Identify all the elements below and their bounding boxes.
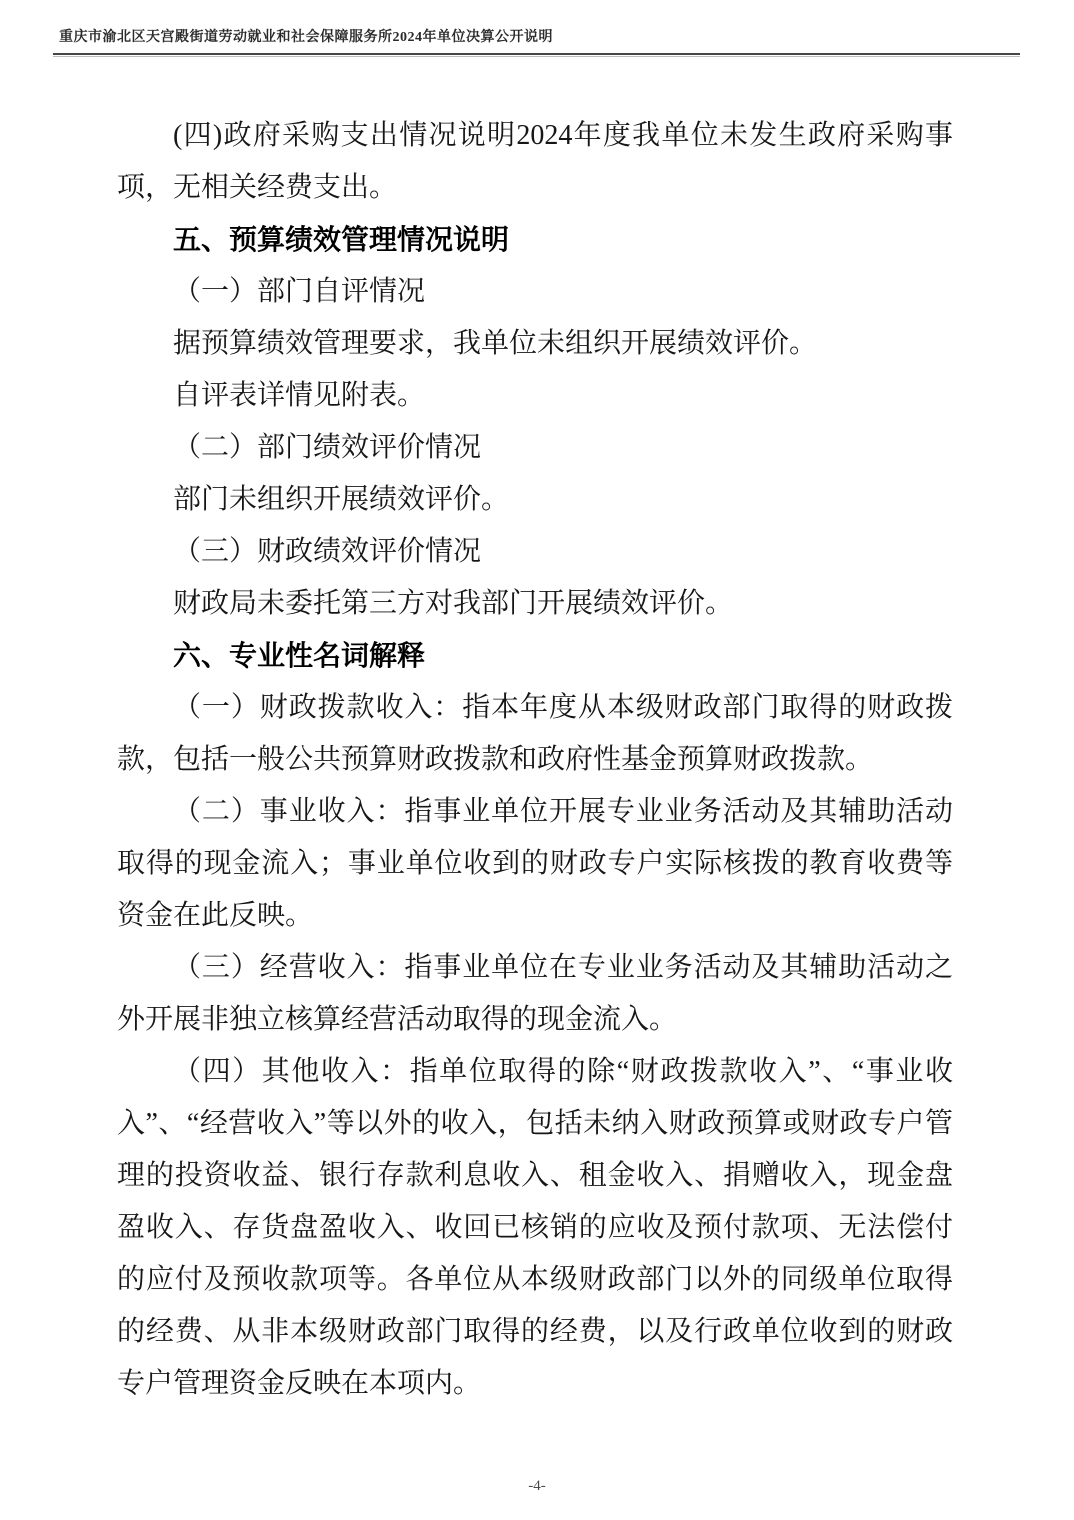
document-page: 重庆市渝北区天宫殿街道劳动就业和社会保障服务所2024年单位决算公开说明 (四)… [0, 0, 1074, 1520]
paragraph: (四)政府采购支出情况说明2024年度我单位未发生政府采购事项，无相关经费支出。 [117, 110, 953, 214]
header-rule-dark [53, 53, 1020, 55]
document-header-title: 重庆市渝北区天宫殿街道劳动就业和社会保障服务所2024年单位决算公开说明 [59, 26, 1020, 46]
paragraph: 财政局未委托第三方对我部门开展绩效评价。 [117, 578, 953, 630]
paragraph: （一）财政拨款收入：指本年度从本级财政部门取得的财政拨款，包括一般公共预算财政拨… [117, 682, 953, 786]
subsection-heading: （二）部门绩效评价情况 [117, 422, 953, 474]
paragraph: （三）经营收入：指事业单位在专业业务活动及其辅助活动之外开展非独立核算经营活动取… [117, 942, 953, 1046]
section-heading: 六、专业性名词解释 [117, 630, 953, 682]
paragraph: （二）事业收入：指事业单位开展专业业务活动及其辅助活动取得的现金流入；事业单位收… [117, 786, 953, 942]
header-rule-light [53, 56, 1020, 57]
page-number: -4- [528, 1478, 546, 1494]
paragraph: 自评表详情见附表。 [117, 370, 953, 422]
section-heading: 五、预算绩效管理情况说明 [117, 214, 953, 266]
page-footer: -4- [0, 1478, 1074, 1495]
subsection-heading: （一）部门自评情况 [117, 266, 953, 318]
document-body: (四)政府采购支出情况说明2024年度我单位未发生政府采购事项，无相关经费支出。… [117, 110, 953, 1410]
subsection-heading: （三）财政绩效评价情况 [117, 526, 953, 578]
page-header: 重庆市渝北区天宫殿街道劳动就业和社会保障服务所2024年单位决算公开说明 [53, 26, 1020, 57]
paragraph: （四）其他收入：指单位取得的除“财政拨款收入”、“事业收入”、“经营收入”等以外… [117, 1046, 953, 1410]
paragraph: 据预算绩效管理要求，我单位未组织开展绩效评价。 [117, 318, 953, 370]
paragraph: 部门未组织开展绩效评价。 [117, 474, 953, 526]
